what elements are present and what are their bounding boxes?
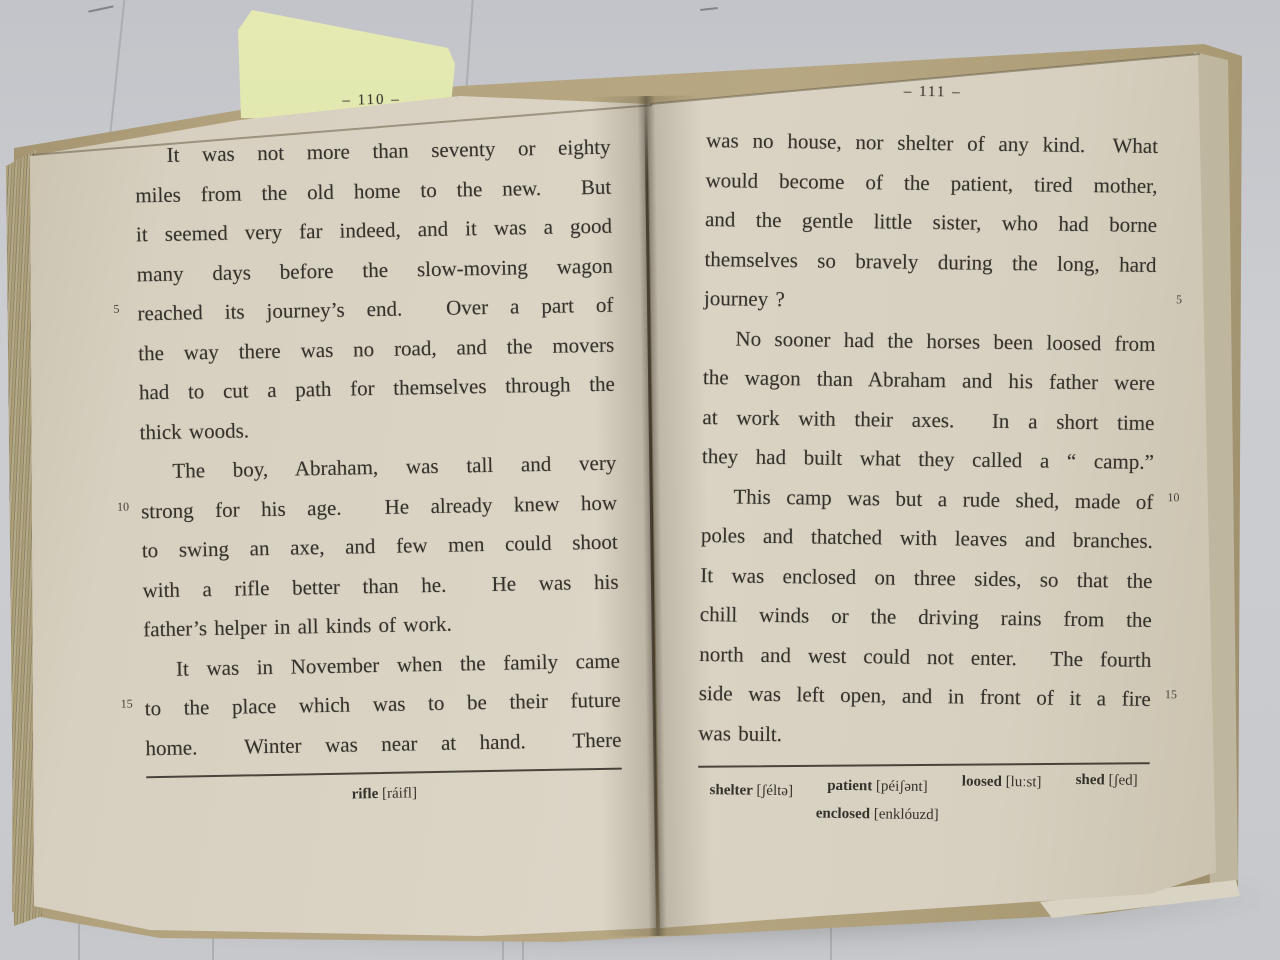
text-line: home. Winter was near at hand. There bbox=[145, 720, 622, 768]
book-photo: – 110 – It was not more than seventy or … bbox=[0, 0, 1280, 960]
text-line: was built. bbox=[698, 714, 1150, 759]
footnote-pronunciation: [ʃéltə] bbox=[756, 783, 793, 799]
line-text: north and west could not enter. The four… bbox=[699, 635, 1151, 680]
text-line: would become of the patient, tired mothe… bbox=[705, 161, 1157, 206]
line-text: the wagon than Abraham and his father we… bbox=[703, 358, 1155, 403]
wall-scuff-mark bbox=[700, 7, 718, 11]
text-line: at work with their axes. In a short time bbox=[702, 398, 1154, 443]
left-page-text: – 110 – It was not more than seventy or … bbox=[134, 88, 623, 808]
line-text: would become of the patient, tired mothe… bbox=[705, 161, 1157, 206]
line-text: they had built what they called a “ camp… bbox=[702, 437, 1154, 482]
text-line: the wagon than Abraham and his father we… bbox=[703, 358, 1155, 403]
right-footnote-rule bbox=[698, 762, 1150, 768]
text-line: 10This camp was but a rude shed, made of bbox=[701, 477, 1153, 522]
line-text: This camp was but a rude shed, made of bbox=[701, 477, 1153, 522]
right-page-text: – 111 – was no house, nor shelter of any… bbox=[697, 81, 1159, 827]
line-number: 15 bbox=[121, 697, 133, 712]
line-text: at work with their axes. In a short time bbox=[702, 398, 1154, 443]
left-page-lines: It was not more than seventy or eightymi… bbox=[134, 128, 622, 769]
footnote-entry: shed [ʃed] bbox=[1076, 772, 1138, 790]
line-text: side was left open, and in front of it a… bbox=[699, 674, 1151, 719]
text-line: It was enclosed on three sides, so that … bbox=[700, 556, 1152, 601]
line-text: was no house, nor shelter of any kind. W… bbox=[706, 121, 1158, 166]
text-line: north and west could not enter. The four… bbox=[699, 635, 1151, 680]
footnote-pronunciation: [enklóuzd] bbox=[874, 806, 939, 823]
footnote-word: loosed bbox=[962, 773, 1006, 790]
line-text: No sooner had the horses been loosed fro… bbox=[703, 319, 1155, 364]
line-number: 10 bbox=[1167, 490, 1179, 505]
line-text: It was enclosed on three sides, so that … bbox=[700, 556, 1152, 601]
footnote-word: shelter bbox=[709, 782, 756, 799]
text-line: themselves so bravely during the long, h… bbox=[704, 240, 1156, 285]
text-line: and the gentle little sister, who had bo… bbox=[705, 200, 1157, 245]
left-footnote-rule bbox=[146, 768, 622, 779]
line-number: 15 bbox=[1165, 687, 1177, 702]
wall-scuff-mark bbox=[88, 5, 114, 12]
text-line: 5journey ? bbox=[704, 279, 1156, 324]
line-number: 5 bbox=[1176, 292, 1182, 307]
footnote-pronunciation: [ráifl] bbox=[382, 785, 417, 802]
line-text: and the gentle little sister, who had bo… bbox=[705, 200, 1157, 245]
right-page-lines: was no house, nor shelter of any kind. W… bbox=[698, 121, 1158, 759]
wall-panel-line bbox=[109, 0, 126, 139]
footnote-word: shed bbox=[1076, 772, 1109, 788]
left-page-number: – 110 – bbox=[134, 88, 610, 121]
text-line: chill winds or the driving rains from th… bbox=[700, 595, 1152, 640]
footnote-word: enclosed bbox=[816, 806, 870, 823]
text-line: they had built what they called a “ camp… bbox=[702, 437, 1154, 482]
line-text: chill winds or the driving rains from th… bbox=[700, 595, 1152, 640]
text-line: poles and thatched with leaves and branc… bbox=[701, 516, 1153, 561]
line-text: was built. bbox=[698, 714, 1150, 759]
line-text: themselves so bravely during the long, h… bbox=[704, 240, 1156, 285]
line-number: 10 bbox=[117, 499, 129, 514]
footnote-entry: patient [péiʃənt] bbox=[827, 778, 928, 796]
text-line: was no house, nor shelter of any kind. W… bbox=[706, 121, 1158, 166]
right-page-number: – 111 – bbox=[707, 81, 1159, 111]
footnote-entry: loosed [luːst] bbox=[962, 773, 1042, 791]
text-line: 15side was left open, and in front of it… bbox=[699, 674, 1151, 719]
footnote-word: rifle bbox=[352, 786, 379, 802]
footnote-entry: shelter [ʃéltə] bbox=[709, 782, 793, 800]
line-text: journey ? bbox=[704, 279, 1156, 324]
footnote-pronunciation: [péiʃənt] bbox=[876, 778, 928, 795]
footnote-pronunciation: [ʃed] bbox=[1108, 772, 1137, 788]
line-number: 5 bbox=[113, 302, 119, 317]
footnote-word: patient bbox=[827, 778, 876, 795]
text-line: No sooner had the horses been loosed fro… bbox=[703, 319, 1155, 364]
line-text: poles and thatched with leaves and branc… bbox=[701, 516, 1153, 561]
line-text: home. Winter was near at hand. There bbox=[145, 720, 622, 768]
right-footnotes-row: shelter [ʃéltə]patient [péiʃənt]loosed [… bbox=[698, 767, 1150, 790]
footnote-pronunciation: [luːst] bbox=[1006, 774, 1042, 790]
